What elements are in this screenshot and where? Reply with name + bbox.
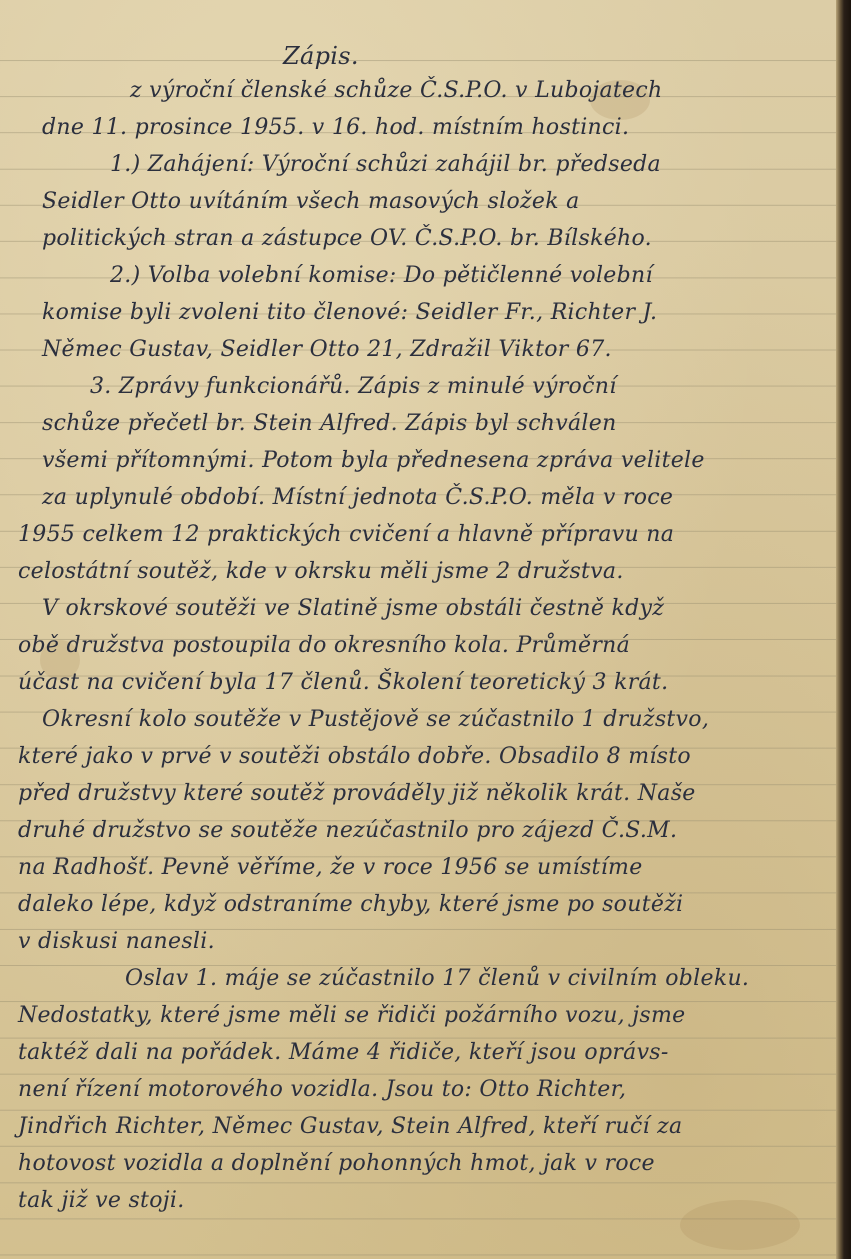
text-line: daleko lépe, když odstraníme chyby, kter… [18, 891, 683, 919]
document-title: Zápis. [283, 42, 359, 70]
text-line: všemi přítomnými. Potom byla přednesena … [42, 447, 705, 475]
page-binding-edge [836, 0, 851, 1259]
text-line: celostátní soutěž, kde v okrsku měli jsm… [18, 558, 624, 586]
text-line: hotovost vozidla a doplnění pohonných hm… [18, 1150, 655, 1178]
text-line: v diskusi nanesli. [18, 928, 215, 956]
text-line: Němec Gustav, Seidler Otto 21, Zdražil V… [42, 336, 612, 364]
text-line: obě družstva postoupila do okresního kol… [18, 632, 630, 660]
text-line: 1955 celkem 12 praktických cvičení a hla… [18, 521, 674, 549]
text-line: Seidler Otto uvítáním všech masových slo… [42, 188, 580, 216]
text-line: druhé družstvo se soutěže nezúčastnilo p… [18, 817, 677, 845]
text-line: taktéž dali na pořádek. Máme 4 řidiče, k… [18, 1039, 669, 1067]
text-line: z výroční členské schůze Č.S.P.O. v Lubo… [130, 77, 662, 105]
text-line: V okrskové soutěži ve Slatině jsme obstá… [42, 595, 664, 623]
text-line: dne 11. prosince 1955. v 16. hod. místní… [42, 114, 629, 142]
text-line: které jako v prvé v soutěži obstálo dobř… [18, 743, 691, 771]
text-line: schůze přečetl br. Stein Alfred. Zápis b… [42, 410, 617, 438]
text-line: Jindřich Richter, Němec Gustav, Stein Al… [18, 1113, 682, 1141]
text-line: Oslav 1. máje se zúčastnilo 17 členů v c… [125, 965, 749, 993]
text-line: za uplynulé období. Místní jednota Č.S.P… [42, 484, 673, 512]
text-line: Nedostatky, které jsme měli se řidiči po… [18, 1002, 685, 1030]
text-line: komise byli zvoleni tito členové: Seidle… [42, 299, 657, 327]
text-line: politických stran a zástupce OV. Č.S.P.O… [42, 225, 652, 253]
text-line: účast na cvičení byla 17 členů. Školení … [18, 669, 668, 697]
text-line: 1.) Zahájení: Výroční schůzi zahájil br.… [110, 151, 661, 179]
text-line: 3. Zprávy funkcionářů. Zápis z minulé vý… [90, 373, 617, 401]
text-line: Okresní kolo soutěže v Pustějově se zúča… [42, 706, 709, 734]
text-line: na Radhošť. Pevně věříme, že v roce 1956… [18, 854, 643, 882]
text-line: před družstvy které soutěž prováděly již… [18, 780, 696, 808]
notebook-page: Zápis. z výroční členské schůze Č.S.P.O.… [0, 0, 851, 1259]
text-line: 2.) Volba volební komise: Do pětičlenné … [110, 262, 653, 290]
text-line: tak již ve stoji. [18, 1187, 185, 1215]
handwritten-text: Zápis. z výroční členské schůze Č.S.P.O.… [0, 0, 836, 1259]
text-line: není řízení motorového vozidla. Jsou to:… [18, 1076, 626, 1104]
